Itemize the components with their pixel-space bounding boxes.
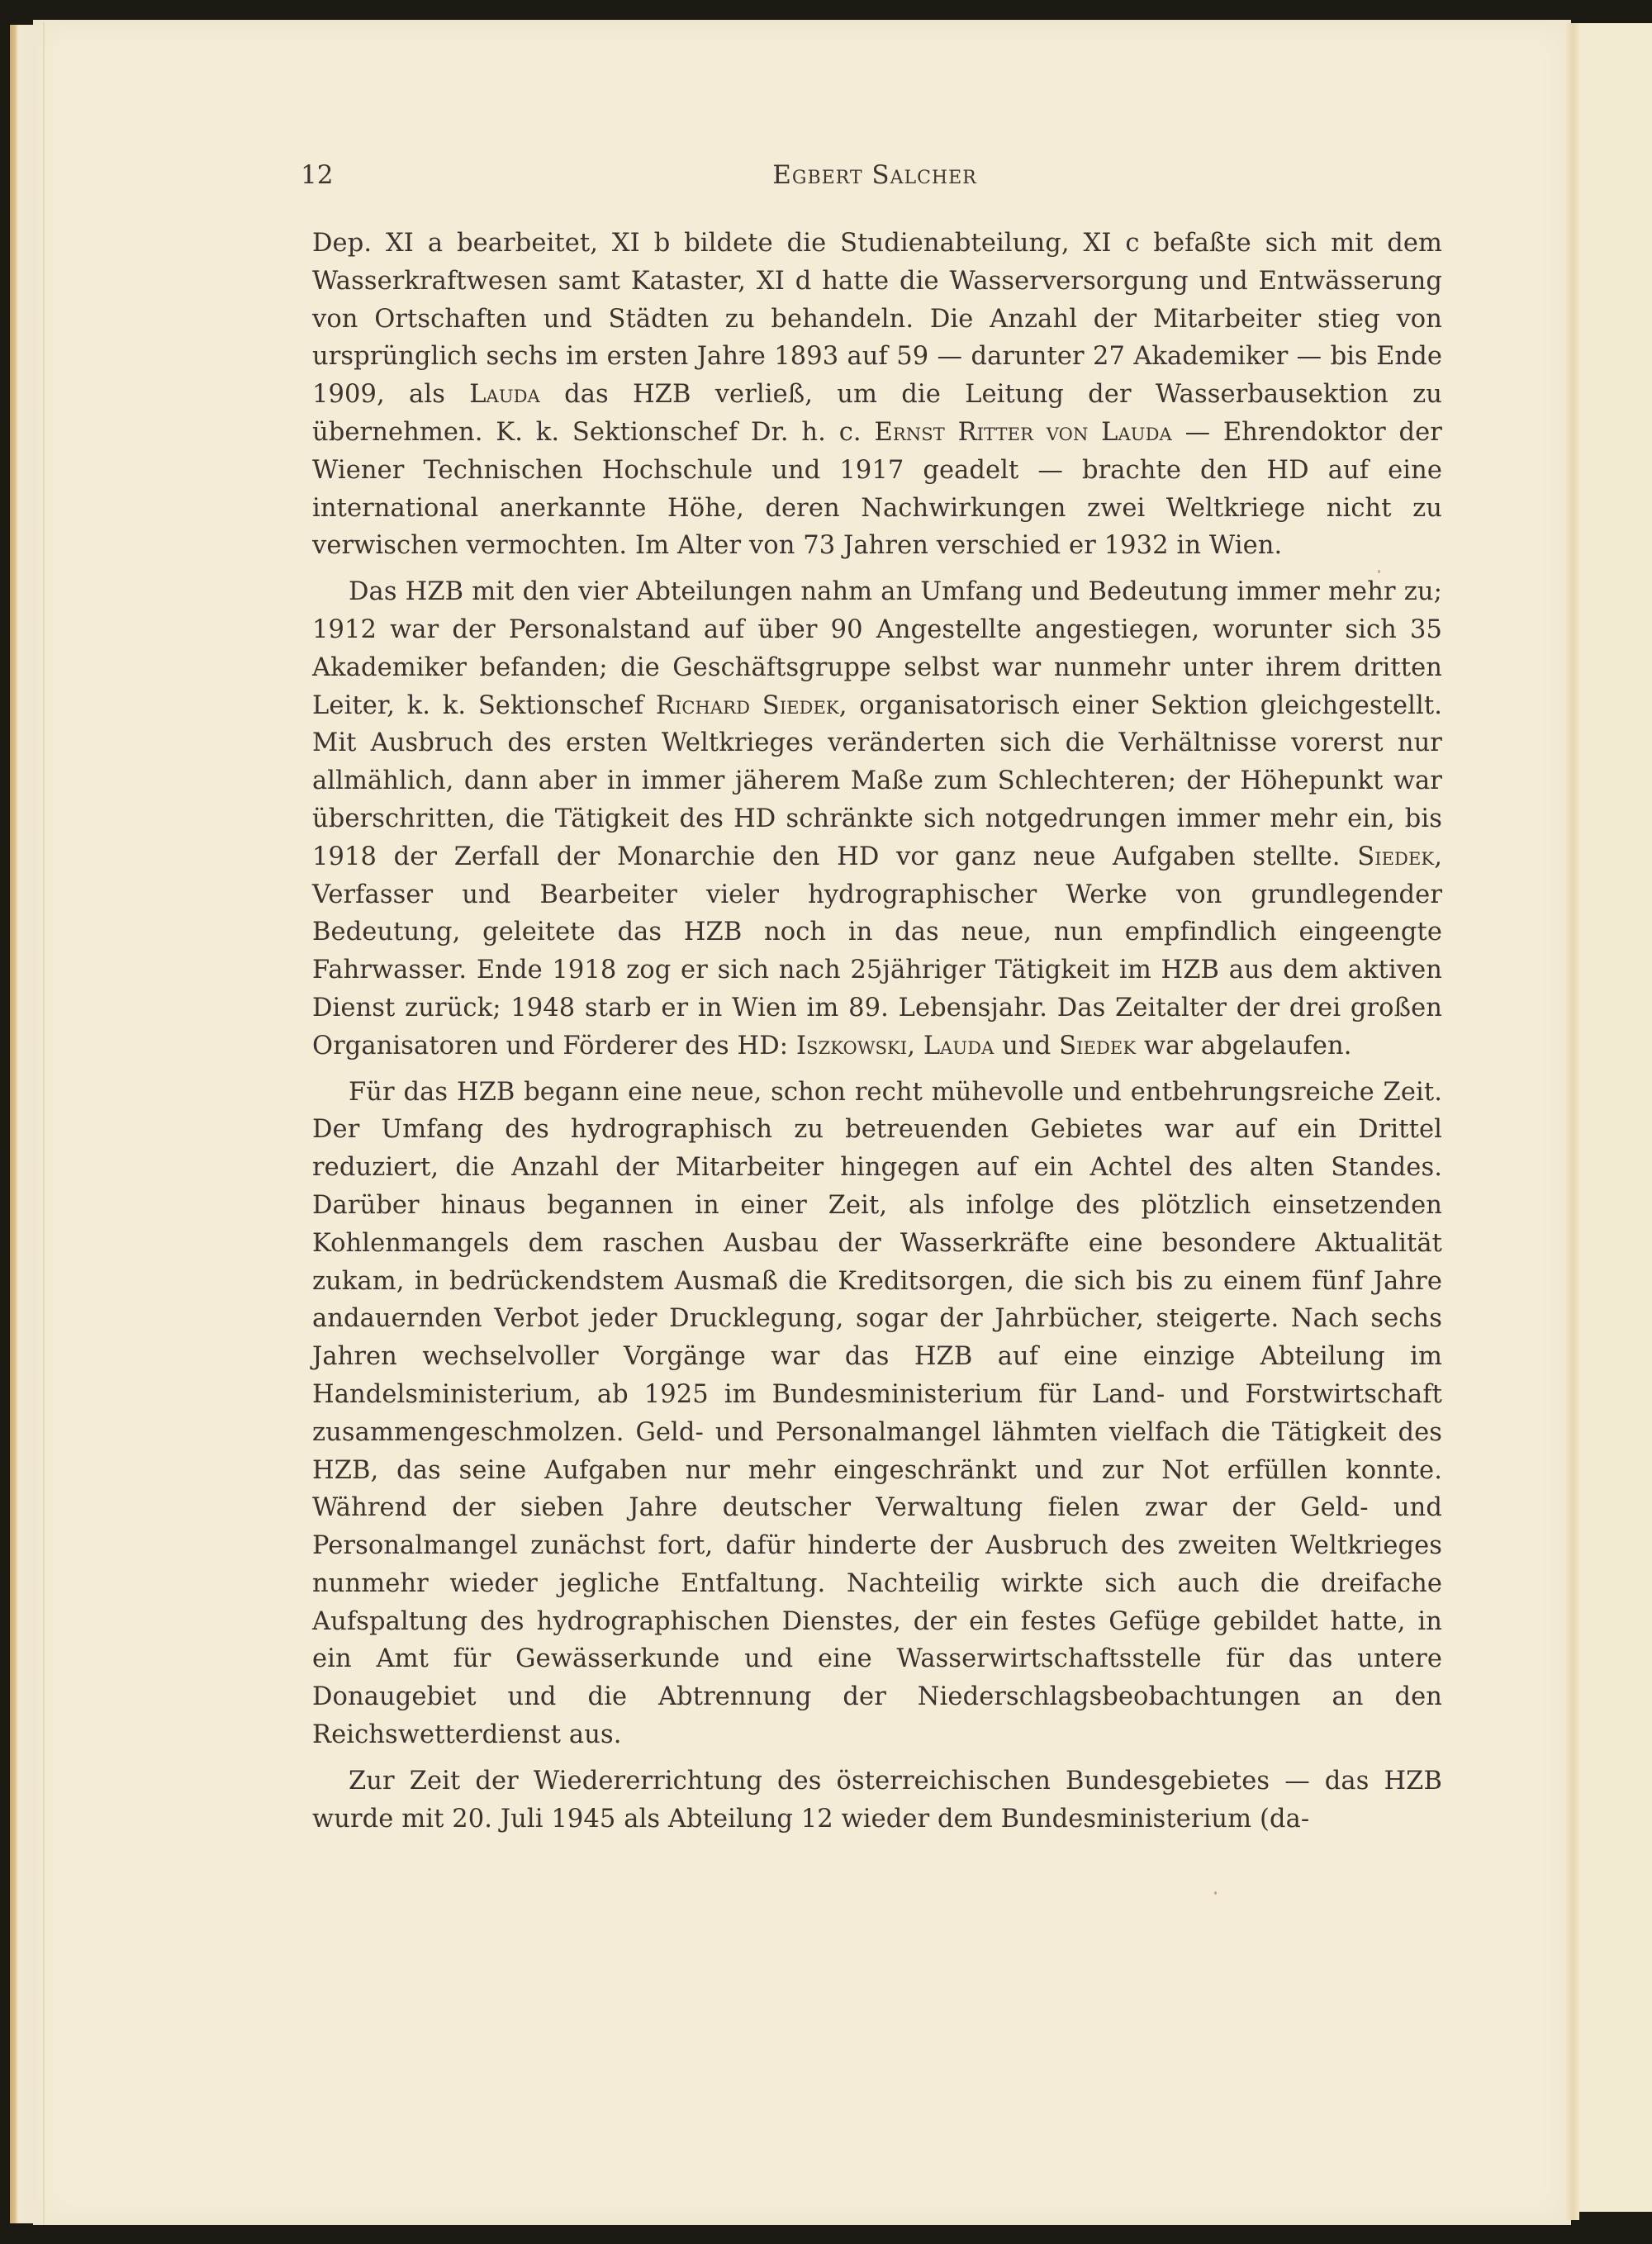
person-name: Siedek	[1357, 842, 1434, 871]
paragraph: Das HZB mit den vier Abteilungen nahm an…	[312, 573, 1442, 1065]
person-name: Lauda	[923, 1032, 995, 1060]
text-run: Zur Zeit der Wiedererrichtung des österr…	[312, 1767, 1442, 1834]
paper-speck	[1378, 570, 1380, 573]
next-page-sliver	[1579, 23, 1652, 2212]
text-run: und	[994, 1032, 1059, 1060]
running-title: Egbert Salcher	[301, 160, 1449, 190]
text-run: ,	[907, 1032, 923, 1060]
person-name: Iszkowski	[796, 1032, 907, 1060]
text-run: war abgelaufen.	[1136, 1032, 1351, 1060]
book-spine-fold	[1566, 23, 1579, 2220]
running-header: 12 Egbert Salcher	[301, 160, 1449, 197]
person-name: Ernst Ritter von Lauda	[874, 418, 1171, 447]
paragraph: Dep. XI a bearbeitet, XI b bildete die S…	[312, 225, 1442, 565]
person-name: Richard Siedek	[656, 691, 839, 720]
body-text: Dep. XI a bearbeitet, XI b bildete die S…	[312, 225, 1442, 1846]
person-name: Siedek	[1059, 1032, 1136, 1060]
page-edge-left	[10, 25, 35, 2223]
text-run: , Verfasser und Bearbeiter vieler hydrog…	[312, 842, 1442, 1060]
paragraph: Zur Zeit der Wiedererrichtung des österr…	[312, 1762, 1442, 1838]
person-name: Lauda	[469, 380, 540, 409]
paper-speck	[1214, 1891, 1217, 1895]
paragraph: Für das HZB begann eine neue, schon rech…	[312, 1074, 1442, 1754]
page-stack-line	[43, 21, 45, 2225]
text-run: Für das HZB begann eine neue, schon rech…	[312, 1078, 1442, 1750]
